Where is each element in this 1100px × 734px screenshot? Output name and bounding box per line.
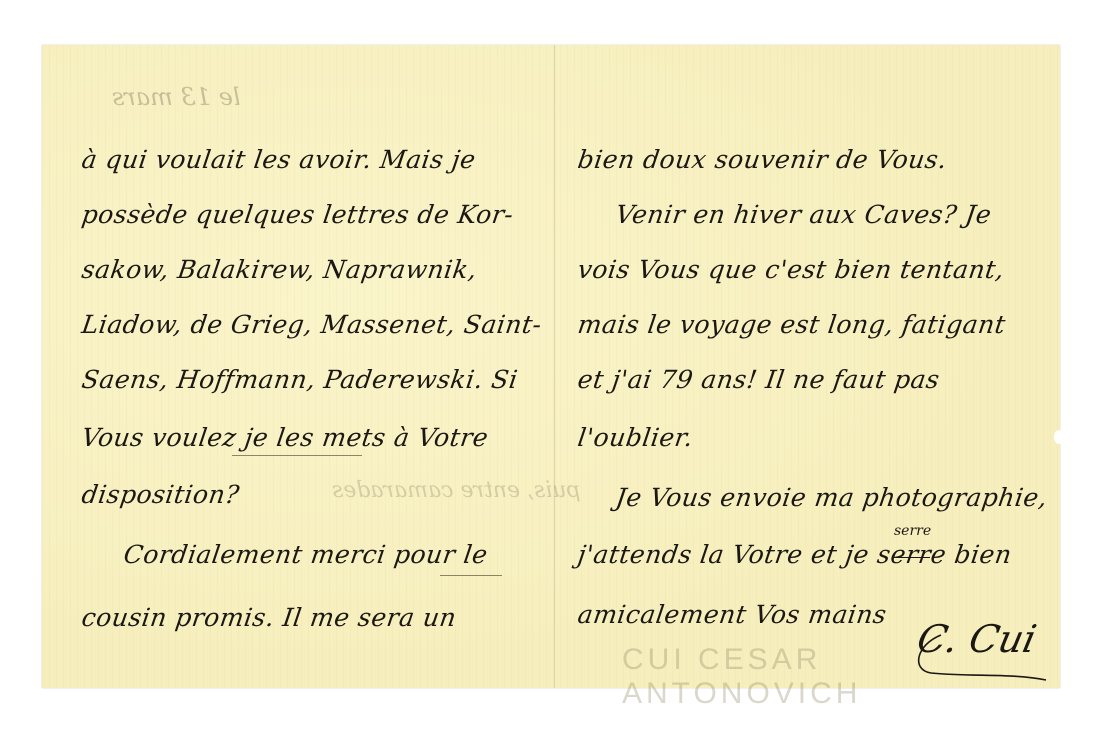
date-bleedthrough: le 13 mars [112, 83, 241, 111]
handwritten-line-9: amicalement Vos mains [576, 600, 889, 629]
handwritten-line-1: à qui voulait les avoir. Mais je [80, 145, 478, 174]
handwritten-line-5: Saens, Hoffmann, Paderewski. Si [80, 365, 520, 394]
handwritten-line-6: Vous voulez je les mets à Votre [80, 423, 490, 452]
strikethrough-stroke [896, 557, 930, 558]
left-page: le 13 mars puis, entre camarades à qui v… [42, 45, 554, 688]
handwritten-line-5: et j'ai 79 ans! Il ne faut pas [576, 365, 942, 394]
handwritten-line-3: sakow, Balakirew, Naprawnik, [80, 255, 479, 284]
handwritten-line-6: l'oublier. [576, 423, 695, 452]
signature-flourish-icon [911, 625, 1051, 685]
scan-canvas: le 13 mars puis, entre camarades à qui v… [0, 0, 1100, 734]
handwritten-line-7: disposition? [80, 480, 241, 509]
handwritten-line-8: Cordialement merci pour le [122, 540, 490, 569]
handwritten-line-7: Je Vous envoie ma photographie, [614, 483, 1049, 512]
underline-stroke [232, 455, 362, 456]
inserted-word: serre [894, 523, 931, 539]
letter-sheet: le 13 mars puis, entre camarades à qui v… [42, 45, 1060, 688]
handwritten-line-2: possède quelques lettres de Kor- [80, 200, 516, 229]
handwritten-line-1: bien doux souvenir de Vous. [576, 145, 949, 174]
handwritten-line-4: mais le voyage est long, fatigant [576, 310, 1008, 339]
handwritten-line-2: Venir en hiver aux Caves? Je [614, 200, 993, 229]
handwritten-line-8: j'attends la Votre et je serre bien [576, 540, 1014, 569]
bleedthrough-text: puis, entre camarades [332, 478, 581, 503]
handwritten-line-4: Liadow, de Grieg, Massenet, Saint- [80, 310, 544, 339]
underline-stroke [440, 575, 502, 576]
handwritten-line-9: cousin promis. Il me sera un [80, 603, 458, 632]
handwritten-line-3: vois Vous que c'est bien tentant, [576, 255, 1006, 284]
right-page: bien doux souvenir de Vous. Venir en hiv… [556, 45, 1060, 688]
